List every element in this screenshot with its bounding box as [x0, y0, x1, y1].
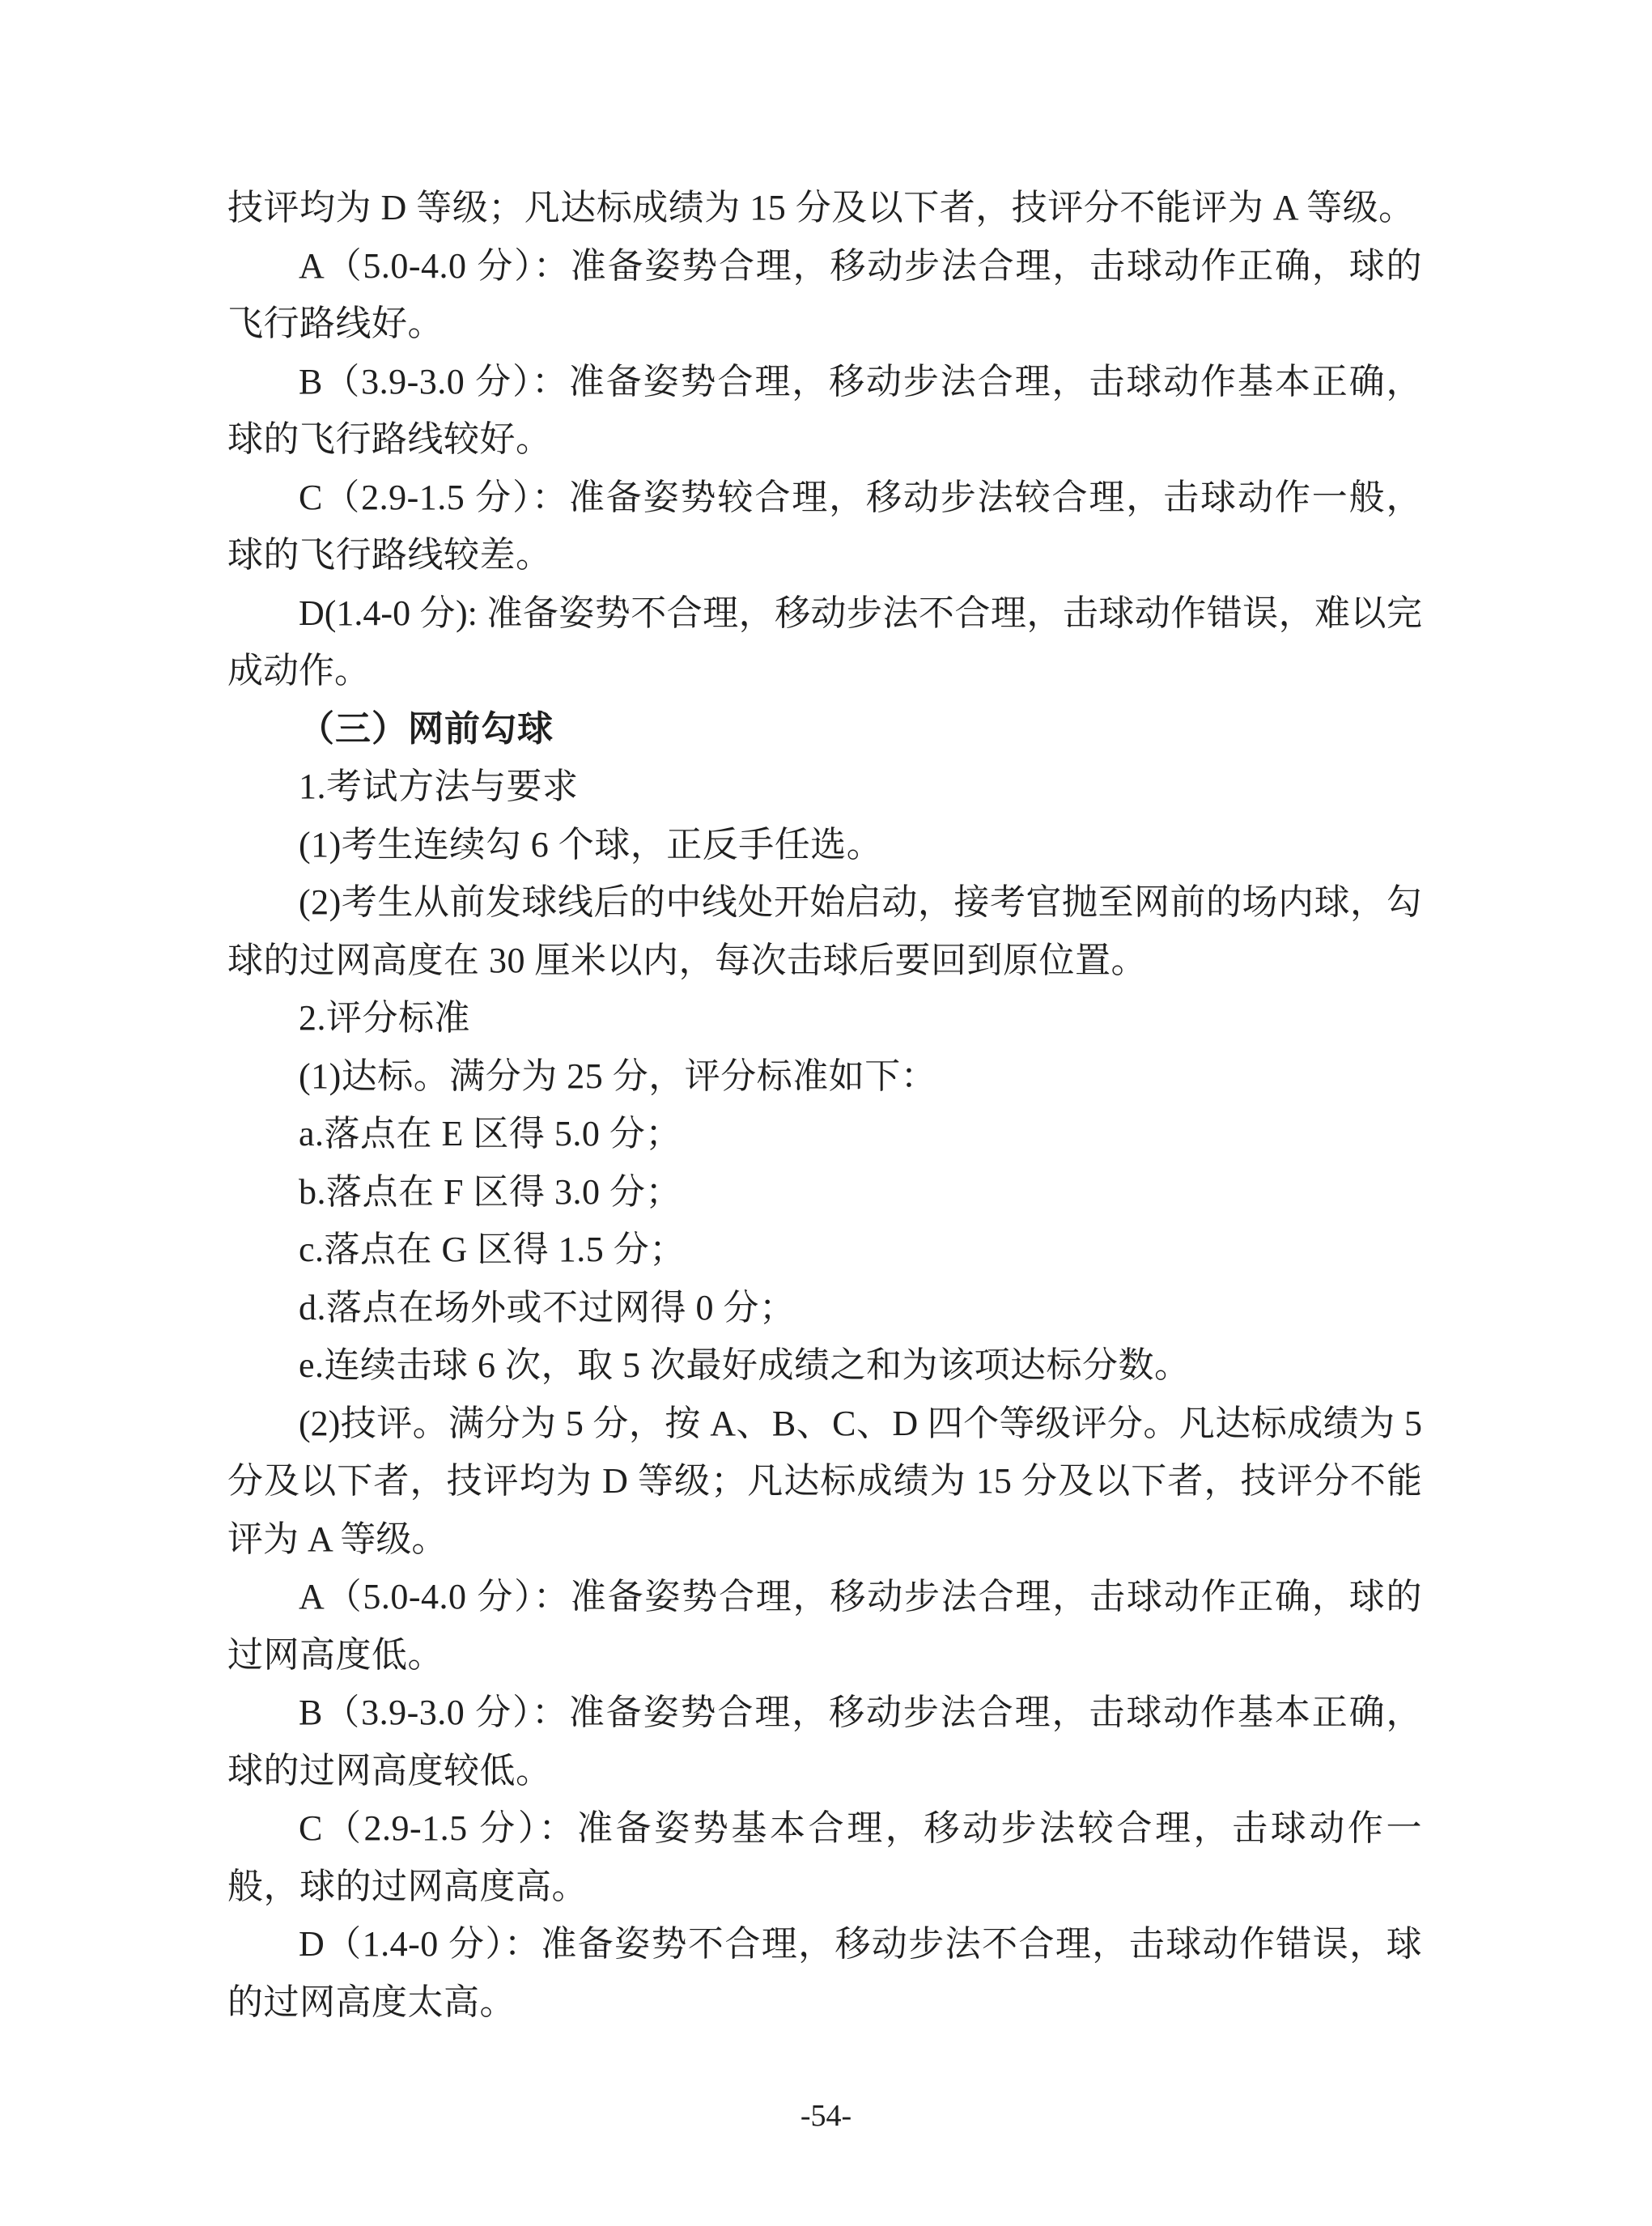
paragraph: 1.考试方法与要求: [227, 758, 1422, 816]
paragraph: (2)技评。满分为 5 分，按 A、B、C、D 四个等级评分。凡达标成绩为 5 …: [227, 1395, 1422, 1569]
paragraph: a.落点在 E 区得 5.0 分；: [227, 1105, 1422, 1163]
paragraph: (1)达标。满分为 25 分，评分标准如下：: [227, 1047, 1422, 1106]
paragraph: D(1.4-0 分): 准备姿势不合理，移动步法不合理，击球动作错误，难以完成动…: [227, 584, 1422, 700]
paragraph: e.连续击球 6 次，取 5 次最好成绩之和为该项达标分数。: [227, 1336, 1422, 1395]
paragraph: D（1.4-0 分）：准备姿势不合理，移动步法不合理，击球动作错误，球的过网高度…: [227, 1915, 1422, 2031]
paragraph: d.落点在场外或不过网得 0 分；: [227, 1279, 1422, 1337]
paragraph: c.落点在 G 区得 1.5 分；: [227, 1221, 1422, 1279]
paragraph: B（3.9-3.0 分）：准备姿势合理，移动步法合理，击球动作基本正确，球的飞行…: [227, 353, 1422, 469]
page-footer: -54-: [0, 2098, 1652, 2134]
paragraph: B（3.9-3.0 分）：准备姿势合理，移动步法合理，击球动作基本正确，球的过网…: [227, 1684, 1422, 1799]
paragraph: 2.评分标准: [227, 989, 1422, 1047]
paragraph: C（2.9-1.5 分）：准备姿势基本合理，移动步法较合理，击球动作一般，球的过…: [227, 1799, 1422, 1915]
paragraph: b.落点在 F 区得 3.0 分；: [227, 1163, 1422, 1221]
paragraph: 技评均为 D 等级；凡达标成绩为 15 分及以下者，技评分不能评为 A 等级。: [227, 179, 1422, 237]
paragraph: A（5.0-4.0 分）：准备姿势合理，移动步法合理，击球动作正确，球的飞行路线…: [227, 237, 1422, 353]
document-page: 技评均为 D 等级；凡达标成绩为 15 分及以下者，技评分不能评为 A 等级。A…: [0, 0, 1652, 2226]
paragraph: (1)考生连续勾 6 个球，正反手任选。: [227, 816, 1422, 874]
section-heading: （三）网前勾球: [227, 700, 1422, 758]
paragraph: A（5.0-4.0 分）：准备姿势合理，移动步法合理，击球动作正确，球的过网高度…: [227, 1568, 1422, 1684]
page-number: -54-: [801, 2099, 851, 2133]
paragraph: (2)考生从前发球线后的中线处开始启动，接考官抛至网前的场内球，勾球的过网高度在…: [227, 873, 1422, 989]
document-body: 技评均为 D 等级；凡达标成绩为 15 分及以下者，技评分不能评为 A 等级。A…: [227, 179, 1422, 2031]
paragraph: C（2.9-1.5 分）：准备姿势较合理，移动步法较合理，击球动作一般，球的飞行…: [227, 469, 1422, 584]
